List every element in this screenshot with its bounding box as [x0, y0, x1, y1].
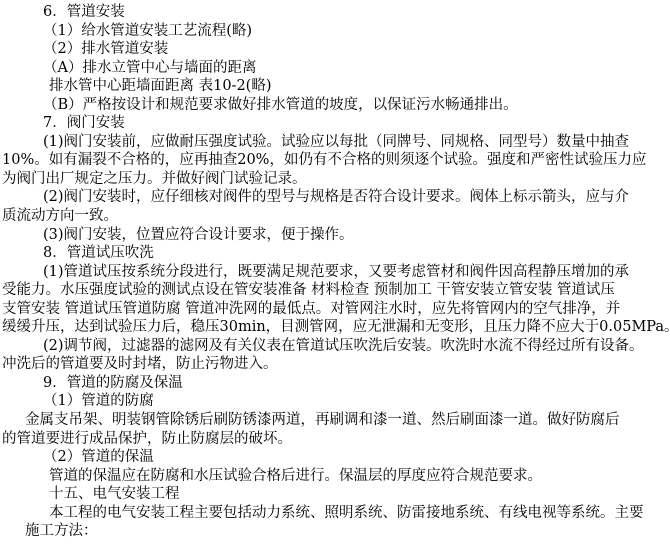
- text-line: （2）排水管道安装: [0, 40, 670, 59]
- text-line: 缓缓升压，达到试验压力后，稳压30min，目测管网，应无泄漏和无变形，且压力降不…: [0, 318, 670, 337]
- text-line: 冲洗后的管道要及时封堵，防止污物进入。: [0, 355, 670, 374]
- text-line: 8．管道试压吹洗: [0, 244, 670, 263]
- text-line: 质流动方向一致。: [0, 207, 670, 226]
- text-line: （1）管道的防腐: [0, 392, 670, 411]
- text-line: 本工程的电气安装工程主要包括动力系统、照明系统、防雷接地系统、有线电视等系统。主…: [0, 504, 670, 523]
- text-line: （A）排水立管中心与墙面的距离: [0, 59, 670, 78]
- text-line: 十五、电气安装工程: [0, 485, 670, 504]
- document-page: 6．管道安装（1）给水管道安装工艺流程(略)（2）排水管道安装（A）排水立管中心…: [0, 0, 670, 544]
- text-line: （2）管道的保温: [0, 448, 670, 467]
- text-line: 9．管道的防腐及保温: [0, 374, 670, 393]
- text-line: 金属支吊架、明装钢管除锈后刷防锈漆两道，再刷调和漆一道、然后刷面漆一道。做好防腐…: [0, 411, 670, 430]
- text-line: （B）严格按设计和规范要求做好排水管道的坡度，以保证污水畅通排出。: [0, 96, 670, 115]
- text-line: 排水管中心距墙面距离 表10-2(略): [0, 77, 670, 96]
- text-line: 管道的保温应在防腐和水压试验合格后进行。保温层的厚度应符合规范要求。: [0, 467, 670, 486]
- text-line: 受能力。水压强度试验的测试点设在管安装准备 材料检查 预制加工 干管安装立管安装…: [0, 281, 670, 300]
- text-line: (1)管道试压按系统分段进行，既要满足规范要求，又要考虑管材和阀件因高程静压增加…: [0, 263, 670, 282]
- text-line: (2)调节阀，过滤器的滤网及有关仪表在管道试压吹洗后安装。吹洗时水流不得经过所有…: [0, 337, 670, 356]
- text-line: (1)阀门安装前，应做耐压强度试验。试验应以每批（同牌号、同规格、同型号）数量中…: [0, 133, 670, 152]
- text-line: 6．管道安装: [0, 3, 670, 22]
- text-line: 支管安装 管道试压管道防腐 管道冲洗网的最低点。对管网注水时，应先将管网内的空气…: [0, 300, 670, 319]
- text-line: 的管道要进行成品保护，防止防腐层的破坏。: [0, 430, 670, 449]
- text-line: 施工方法：: [0, 522, 670, 541]
- text-line: (3)阀门安装，位置应符合设计要求，便于操作。: [0, 226, 670, 245]
- text-line: (2)阀门安装时，应仔细核对阀件的型号与规格是否符合设计要求。阀体上标示箭头，应…: [0, 188, 670, 207]
- text-line: 10%。如有漏裂不合格的，应再抽查20%，如仍有不合格的则须逐个试验。强度和严密…: [0, 151, 670, 170]
- document-body: 6．管道安装（1）给水管道安装工艺流程(略)（2）排水管道安装（A）排水立管中心…: [0, 3, 670, 541]
- text-line: 7．阀门安装: [0, 114, 670, 133]
- text-line: 为阀门出厂规定之压力。并做好阀门试验记录。: [0, 170, 670, 189]
- text-line: （1）给水管道安装工艺流程(略): [0, 22, 670, 41]
